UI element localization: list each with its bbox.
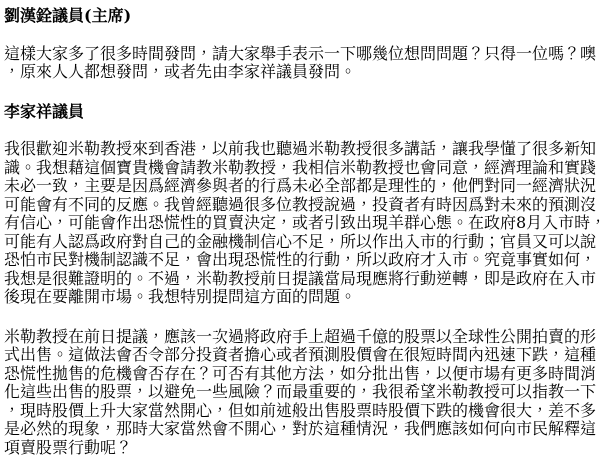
speaker-heading-member: 李家祥議員 [4, 103, 610, 122]
speech-paragraph: 這樣大家多了很多時間發問，請大家舉手表示一下哪幾位想問問題？只得一位嗎？噢，原來… [4, 45, 610, 82]
speaker-heading-chairman: 劉漢銓議員(主席) [4, 7, 610, 26]
transcript-page: 劉漢銓議員(主席) 這樣大家多了很多時間發問，請大家舉手表示一下哪幾位想問問題？… [0, 0, 612, 474]
speech-paragraph: 我很歡迎米勒教授來到香港，以前我也聽過米勒教授很多講話，讓我學懂了很多新知識。我… [4, 140, 610, 307]
speech-paragraph: 米勒教授在前日提議，應該一次過將政府手上超過千億的股票以全球性公開拍賣的形式出售… [4, 328, 610, 458]
